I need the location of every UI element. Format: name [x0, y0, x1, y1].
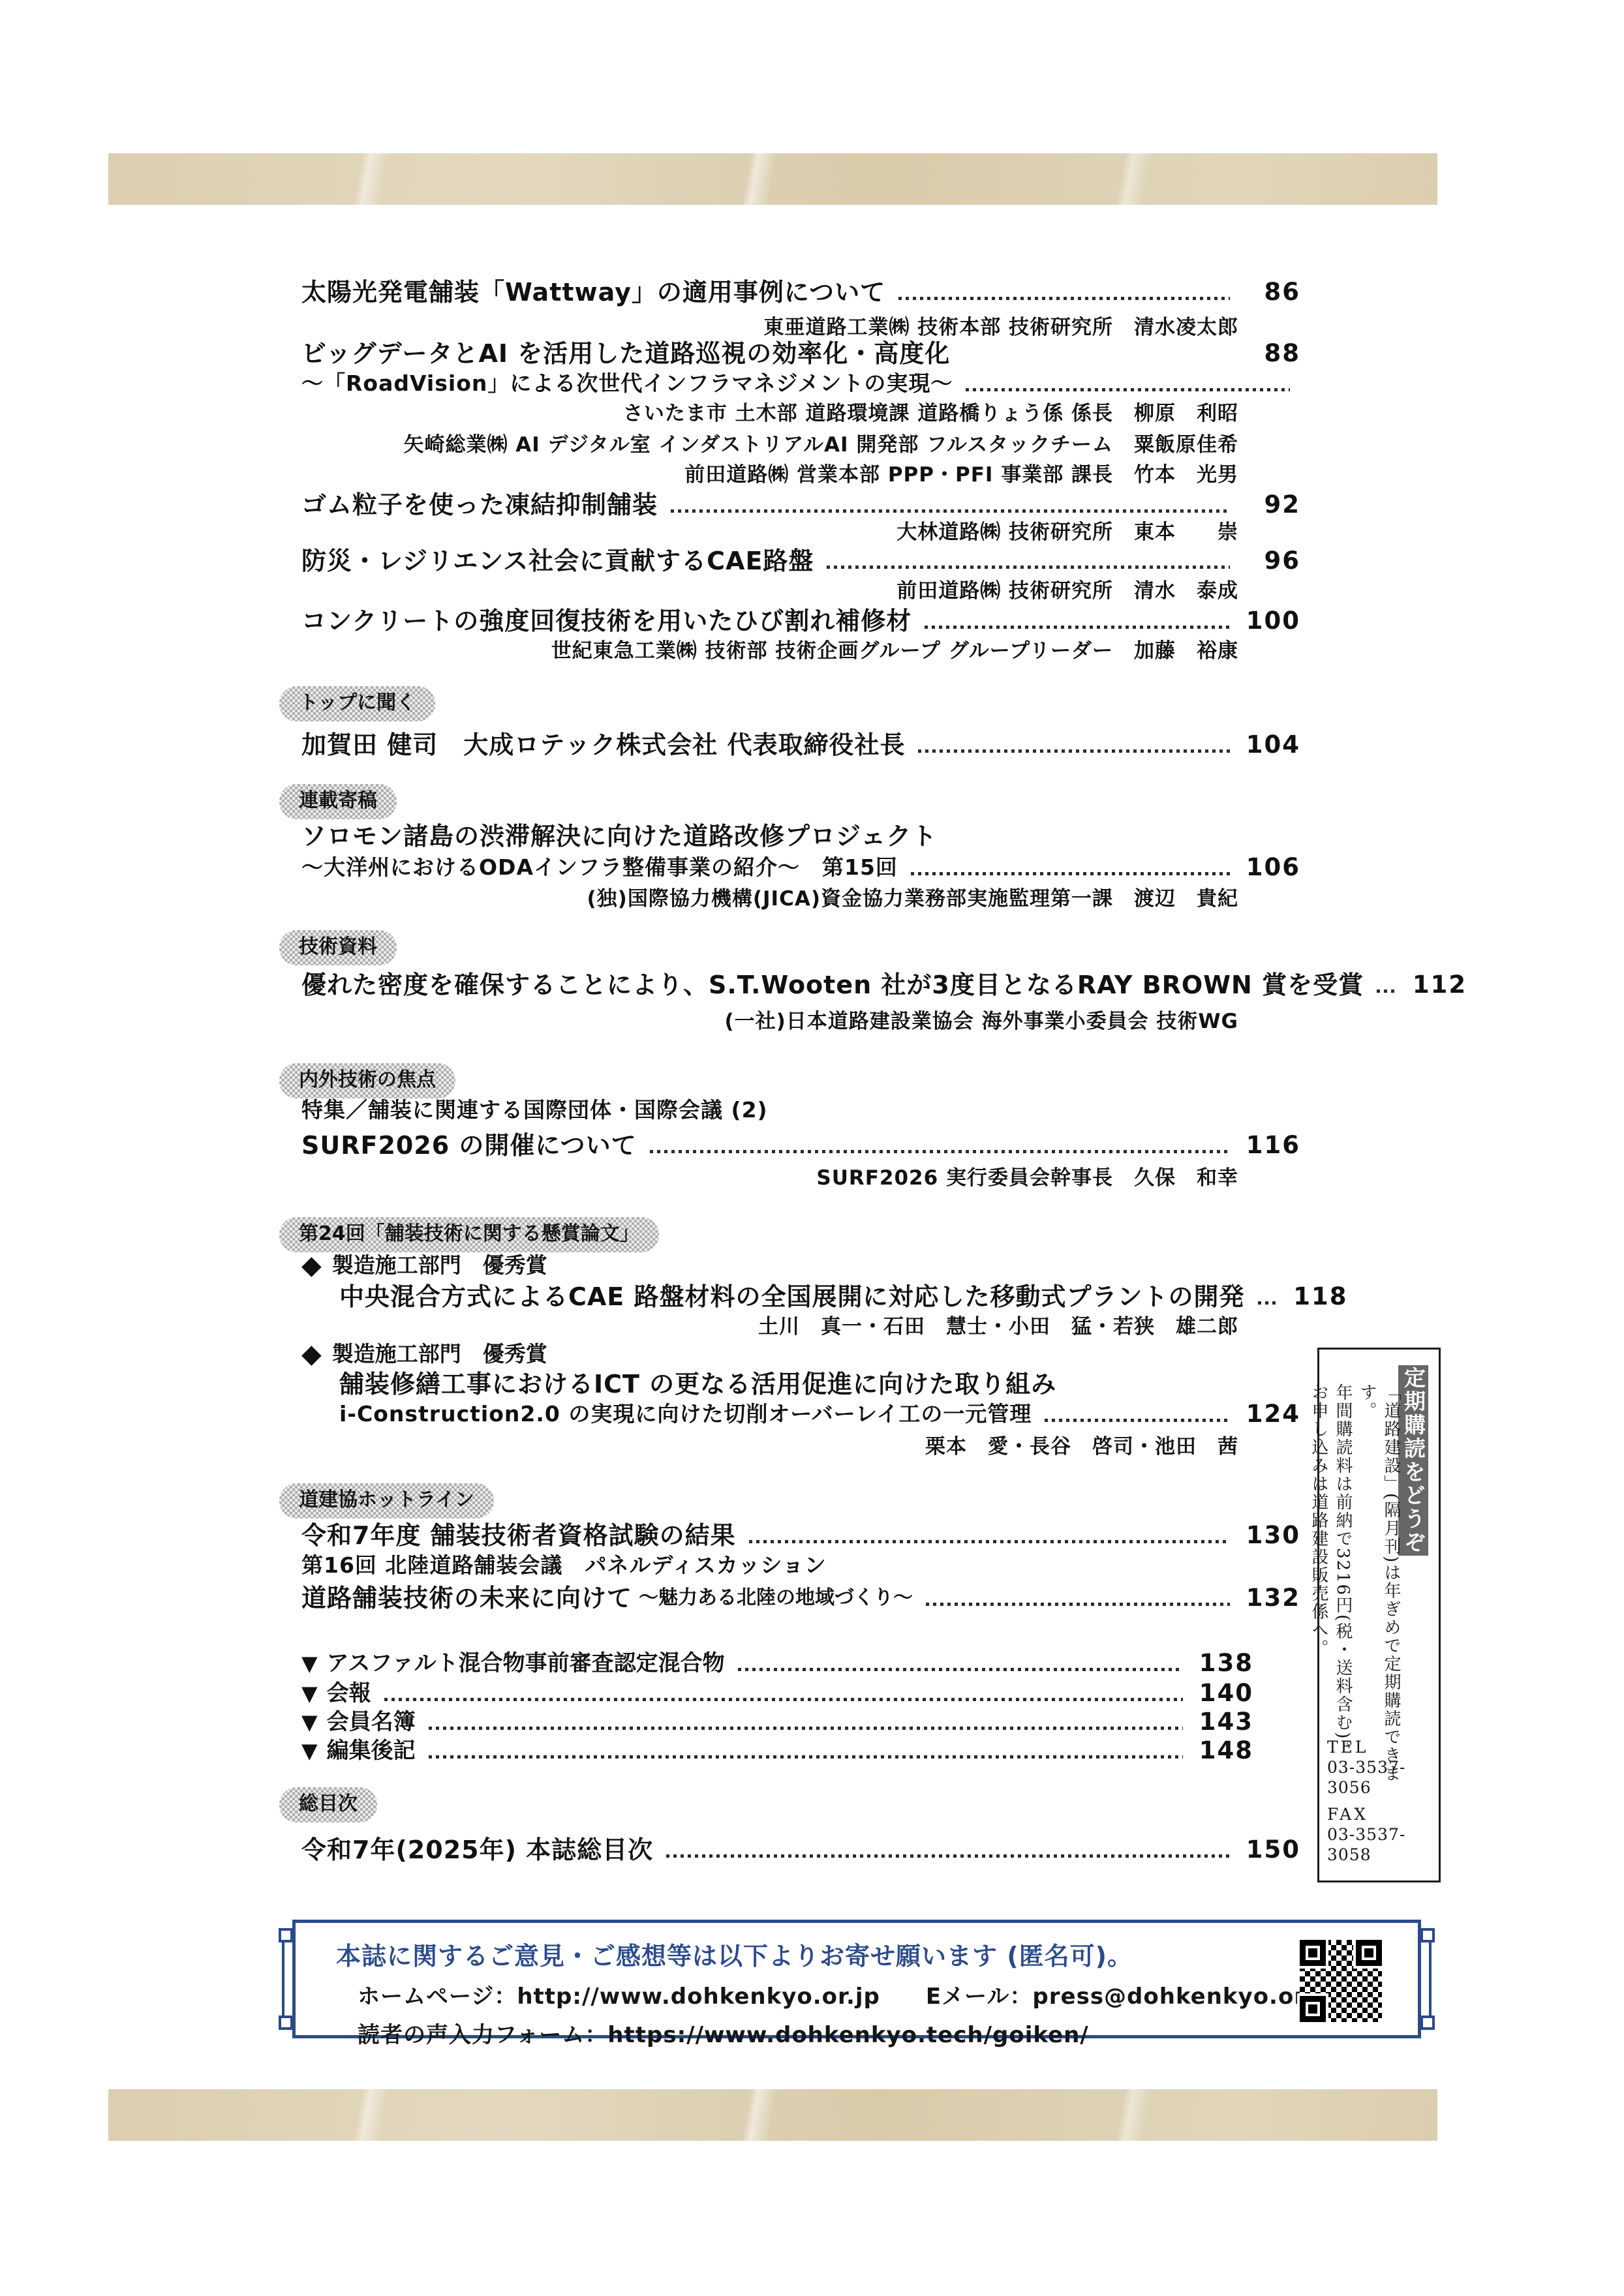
entry-author: さいたま市 土木部 道路環境課 道路橋りょう係 係長 柳原 利昭: [623, 402, 1238, 425]
page-number: 148: [1193, 1735, 1253, 1766]
page-number: 100: [1240, 605, 1300, 637]
corner-ornament: [279, 2016, 293, 2030]
page-number: 140: [1193, 1678, 1253, 1709]
toc-row: 前田道路㈱ 営業本部 PPP・PFI 事業部 課長 竹本 光男: [279, 459, 1300, 491]
toc-row: 連載寄稿: [279, 784, 1300, 819]
entry-author: 栗本 愛・長谷 啓司・池田 茜: [925, 1435, 1238, 1458]
feedback-form-url[interactable]: 読者の声入力フォーム：https://www.dohkenkyo.tech/go…: [358, 2017, 1418, 2049]
entry-author: (独)国際協力機構(JICA)資金協力業務部実施監理第一課 渡辺 貴紀: [587, 887, 1238, 911]
toc-row: 土川 真一・石田 慧士・小田 猛・若狭 雄二郎: [279, 1311, 1300, 1342]
entry-title: ビッグデータとAI を活用した道路巡視の効率化・高度化: [301, 338, 950, 369]
toc-row: さいたま市 土木部 道路環境課 道路橋りょう係 係長 柳原 利昭: [279, 398, 1300, 429]
toc-row: 加賀田 健司 大成ロテック株式会社 代表取締役社長 104: [279, 729, 1300, 761]
section-badge: 連載寄稿: [279, 784, 397, 819]
tel-number: 03-3537-3056: [1327, 1757, 1439, 1798]
section-badge: 内外技術の焦点: [279, 1063, 455, 1098]
dotted-leader: [1045, 1419, 1230, 1422]
toc-row: 第24回「舗装技術に関する懸賞論文」: [279, 1217, 1300, 1252]
toc-row: 令和7年度 舗装技術者資格試験の結果 130: [279, 1520, 1300, 1551]
dotted-leader: [738, 1668, 1183, 1671]
entry-author: SURF2026 実行委員会幹事長 久保 和幸: [816, 1166, 1238, 1190]
entry-title: ソロモン諸島の渋滞解決に向けた道路改修プロジェクト: [301, 821, 937, 852]
corner-ornament: [279, 1928, 293, 1942]
toc-row: 世紀東急工業㈱ 技術部 技術企画グループ グループリーダー 加藤 裕康: [279, 635, 1300, 667]
toc-row: 道建協ホットライン: [279, 1483, 1300, 1518]
triangle-icon: ▼: [301, 1706, 318, 1738]
page-number: 116: [1240, 1130, 1300, 1161]
toc-row: 大林道路㈱ 技術研究所 東本 崇: [279, 517, 1300, 548]
dotted-leader: [926, 1603, 1230, 1606]
toc-row: ゴム粒子を使った凍結抑制舗装 92: [279, 489, 1300, 521]
feedback-headline: 本誌に関するご意見・ご感想等は以下よりお寄せ願います (匿名可)。: [336, 1936, 1418, 1972]
toc-row: ◆ 製造施工部門 優秀賞: [279, 1250, 1300, 1281]
entry-title: 優れた密度を確保することにより、S.T.Wooten 社が3度目となるRAY B…: [301, 969, 1364, 1001]
entry-title: 道路舗装技術の未来に向けて: [301, 1582, 632, 1614]
dotted-leader: [429, 1755, 1183, 1759]
entry-subtitle: ～大洋州におけるODAインフラ整備事業の紹介～ 第15回: [301, 852, 898, 883]
dotted-leader: [429, 1727, 1183, 1730]
toc-row: トップに聞く: [279, 686, 1300, 721]
entry-title: 会報: [327, 1678, 371, 1709]
page-number: 92: [1240, 489, 1300, 521]
dotted-leader: [1377, 989, 1396, 993]
section-badge: 道建協ホットライン: [279, 1483, 494, 1518]
entry-title: 防災・レジリエンス社会に貢献するCAE路盤: [301, 545, 814, 577]
page-number: 150: [1240, 1834, 1300, 1865]
page-number: 88: [1240, 338, 1300, 369]
toc-row: 防災・レジリエンス社会に貢献するCAE路盤 96: [279, 545, 1300, 577]
toc-row: 太陽光発電舗装「Wattway」の適用事例について 86: [279, 277, 1300, 308]
entry-subtitle: ～「RoadVision」による次世代インフラマネジメントの実現～: [301, 368, 953, 399]
page-number: 132: [1240, 1582, 1300, 1614]
entry-title: コンクリートの強度回復技術を用いたひび割れ補修材: [301, 605, 912, 637]
triangle-icon: ▼: [301, 1735, 318, 1766]
page-number: 112: [1407, 969, 1467, 1001]
toc-row: 舗装修繕工事におけるICT の更なる活用促進に向けた取り組み: [279, 1368, 1300, 1400]
section-badge: 第24回「舗装技術に関する懸賞論文」: [279, 1217, 659, 1252]
qr-finder-pattern: [1300, 1996, 1326, 2022]
page-number: 96: [1240, 545, 1300, 577]
toc-row: (一社)日本道路建設業協会 海外事業小委員会 技術WG: [279, 1006, 1300, 1037]
dotted-leader: [1258, 1301, 1278, 1305]
toc-row: i-Construction2.0 の実現に向けた切削オーバーレイ工の一元管理 …: [279, 1398, 1300, 1430]
corner-ornament-line: [282, 1941, 284, 2017]
qr-code: [1300, 1940, 1382, 2022]
page-number: 86: [1240, 277, 1300, 308]
entry-subtitle: ～魅力ある北陸の地域づくり～: [639, 1582, 913, 1614]
triangle-icon: ▼: [301, 1678, 318, 1709]
award-label: 製造施工部門 優秀賞: [332, 1250, 547, 1281]
dotted-leader: [671, 509, 1230, 513]
dotted-leader: [898, 297, 1230, 300]
bottom-decorative-band: [108, 2089, 1437, 2141]
qr-finder-pattern: [1300, 1940, 1326, 1966]
dotted-leader: [966, 388, 1290, 391]
toc-row: 第16回 北陸道路舗装会議 パネルディスカッション: [279, 1550, 1300, 1581]
entry-author: 土川 真一・石田 慧士・小田 猛・若狭 雄二郎: [758, 1315, 1238, 1338]
toc-row: (独)国際協力機構(JICA)資金協力業務部実施監理第一課 渡辺 貴紀: [279, 883, 1300, 914]
toc-row: 前田道路㈱ 技術研究所 清水 泰成: [279, 575, 1300, 607]
section-badge: 技術資料: [279, 930, 397, 965]
entry-author: 前田道路㈱ 技術研究所 清水 泰成: [896, 579, 1238, 603]
toc-row: ～「RoadVision」による次世代インフラマネジメントの実現～: [279, 368, 1300, 399]
entry-title: 令和7年度 舗装技術者資格試験の結果: [301, 1520, 736, 1551]
contact-phones: TEL 03-3537-3056 FAX 03-3537-3058: [1327, 1737, 1439, 1871]
toc-row: ▼ 編集後記 148: [279, 1735, 1300, 1766]
fax-number: 03-3537-3058: [1327, 1824, 1439, 1865]
page-number: 138: [1193, 1648, 1253, 1679]
toc-row: ビッグデータとAI を活用した道路巡視の効率化・高度化 88: [279, 338, 1300, 369]
page-number: 130: [1240, 1520, 1300, 1551]
qr-finder-pattern: [1356, 1940, 1382, 1966]
dotted-leader: [925, 626, 1230, 629]
entry-title: 編集後記: [327, 1735, 416, 1766]
fax-label: FAX: [1327, 1804, 1439, 1824]
corner-ornament: [1420, 2016, 1435, 2030]
section-badge: 総目次: [279, 1787, 377, 1822]
toc-row: 道路舗装技術の未来に向けて ～魅力ある北陸の地域づくり～ 132: [279, 1582, 1300, 1614]
dotted-leader: [749, 1540, 1230, 1543]
entry-title: 加賀田 健司 大成ロテック株式会社 代表取締役社長: [301, 729, 905, 761]
corner-ornament-line: [1429, 1941, 1432, 2017]
entry-title: 舗装修繕工事におけるICT の更なる活用促進に向けた取り組み: [339, 1368, 1056, 1400]
entry-author: 前田道路㈱ 営業本部 PPP・PFI 事業部 課長 竹本 光男: [684, 463, 1238, 487]
entry-title: 会員名簿: [327, 1706, 416, 1738]
diamond-icon: ◆: [301, 1250, 322, 1281]
entry-title: 特集／舗装に関連する国際団体・国際会議 (2): [301, 1095, 768, 1126]
page-number: 124: [1240, 1398, 1300, 1430]
page-number: 143: [1193, 1706, 1253, 1738]
entry-author: 世紀東急工業㈱ 技術部 技術企画グループ グループリーダー 加藤 裕康: [551, 639, 1238, 663]
top-decorative-band: [108, 153, 1437, 205]
page-number: 104: [1240, 729, 1300, 761]
page-number: 106: [1240, 852, 1300, 883]
dotted-leader: [666, 1854, 1230, 1858]
section-badge: トップに聞く: [279, 686, 435, 721]
toc-row: ～大洋州におけるODAインフラ整備事業の紹介～ 第15回 106: [279, 852, 1300, 883]
entry-title: ゴム粒子を使った凍結抑制舗装: [301, 489, 658, 521]
entry-subtitle: i-Construction2.0 の実現に向けた切削オーバーレイ工の一元管理: [339, 1398, 1032, 1430]
magazine-toc-page: 太陽光発電舗装「Wattway」の適用事例について 86 東亜道路工業㈱ 技術本…: [0, 0, 1624, 2296]
toc-row: 内外技術の焦点: [279, 1063, 1300, 1098]
page-number: 118: [1288, 1281, 1348, 1312]
entry-title: 令和7年(2025年) 本誌総目次: [301, 1834, 653, 1865]
entry-title: 太陽光発電舗装「Wattway」の適用事例について: [301, 277, 885, 308]
corner-ornament: [1420, 1928, 1435, 1942]
subscription-box: 定期購読をどうぞ 「道路建設」(隔月刊)は年ぎめで定期購読できます。 年間購読料…: [1317, 1348, 1441, 1882]
dotted-leader: [384, 1698, 1183, 1701]
toc-row: 栗本 愛・長谷 啓司・池田 茜: [279, 1431, 1300, 1462]
toc-row: 令和7年(2025年) 本誌総目次 150: [279, 1834, 1300, 1865]
toc-row: SURF2026 の開催について 116: [279, 1130, 1300, 1161]
feedback-homepage-email[interactable]: ホームページ：http://www.dohkenkyo.or.jp Eメール：p…: [358, 1978, 1418, 2010]
award-label: 製造施工部門 優秀賞: [332, 1338, 547, 1370]
toc-row: ◆ 製造施工部門 優秀賞: [279, 1338, 1300, 1370]
entry-title: 中央混合方式によるCAE 路盤材料の全国展開に対応した移動式プラントの開発: [339, 1281, 1245, 1312]
toc-row: コンクリートの強度回復技術を用いたひび割れ補修材 100: [279, 605, 1300, 637]
dotted-leader: [918, 749, 1230, 753]
triangle-icon: ▼: [301, 1648, 318, 1679]
dotted-leader: [650, 1150, 1230, 1153]
toc-row: 矢崎総業㈱ AI デジタル室 インダストリアルAI 開発部 フルスタックチーム …: [279, 429, 1300, 461]
dotted-leader: [911, 872, 1230, 875]
tel-label: TEL: [1327, 1737, 1439, 1757]
entry-author: 矢崎総業㈱ AI デジタル室 インダストリアルAI 開発部 フルスタックチーム …: [403, 433, 1238, 457]
feedback-box: 本誌に関するご意見・ご感想等は以下よりお寄せ願います (匿名可)。 ホームページ…: [292, 1920, 1421, 2038]
toc-row: 優れた密度を確保することにより、S.T.Wooten 社が3度目となるRAY B…: [279, 969, 1300, 1001]
toc-row: ▼ 会員名簿 143: [279, 1706, 1300, 1738]
diamond-icon: ◆: [301, 1338, 322, 1370]
dotted-leader: [827, 566, 1230, 569]
entry-title: 第16回 北陸道路舗装会議 パネルディスカッション: [301, 1550, 827, 1581]
toc-row: SURF2026 実行委員会幹事長 久保 和幸: [279, 1162, 1300, 1194]
entry-author: 大林道路㈱ 技術研究所 東本 崇: [896, 521, 1238, 544]
toc-row: 中央混合方式によるCAE 路盤材料の全国展開に対応した移動式プラントの開発 11…: [279, 1281, 1300, 1312]
toc-row: 特集／舗装に関連する国際団体・国際会議 (2): [279, 1095, 1300, 1126]
entry-title: アスファルト混合物事前審査認定混合物: [327, 1648, 725, 1679]
toc-row: ▼ アスファルト混合物事前審査認定混合物 138: [279, 1648, 1300, 1679]
toc-row: 総目次: [279, 1787, 1300, 1822]
entry-title: SURF2026 の開催について: [301, 1130, 637, 1161]
entry-author: 東亜道路工業㈱ 技術本部 技術研究所 清水凌太郎: [763, 316, 1238, 339]
toc-row: ▼ 会報 140: [279, 1678, 1300, 1709]
entry-author: (一社)日本道路建設業協会 海外事業小委員会 技術WG: [724, 1010, 1238, 1033]
toc-row: 技術資料: [279, 930, 1300, 965]
toc-row: ソロモン諸島の渋滞解決に向けた道路改修プロジェクト: [279, 821, 1300, 852]
